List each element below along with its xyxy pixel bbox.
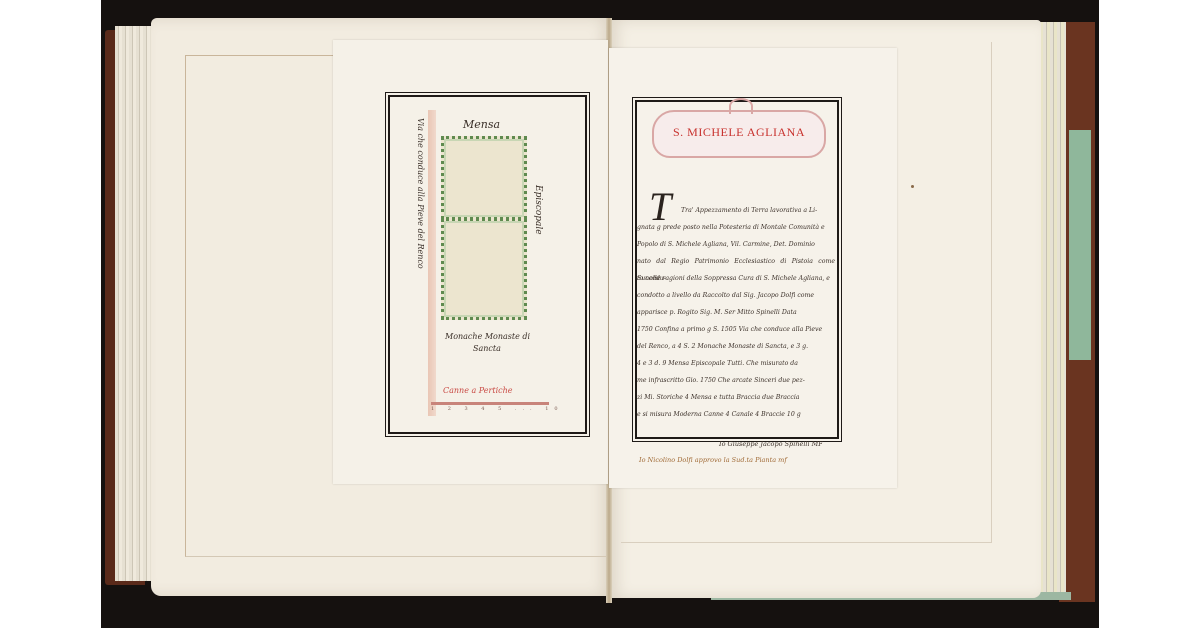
cartouche-ornament-icon xyxy=(729,98,753,114)
title-cartouche: S. MICHELE AGLIANA xyxy=(652,110,826,158)
cartouche-title: S. MICHELE AGLIANA xyxy=(654,125,824,140)
body-line-9: 4 e 3 d. 9 Mensa Episcopale Tutti. Che m… xyxy=(637,356,835,373)
body-line-2: Popolo di S. Michele Agliana, Vil. Carmi… xyxy=(637,237,835,254)
body-line-5: condotto a livello da Raccolto dal Sig. … xyxy=(637,288,835,305)
page-stack-left xyxy=(115,26,155,581)
signature-surveyor: Io Giuseppe Jacopo Spinelli MF xyxy=(719,440,823,448)
ink-spot xyxy=(911,185,914,188)
label-episcopale: Episcopale xyxy=(533,185,543,235)
body-line-0: Tra' Appezzamento di Terra lavorativa a … xyxy=(681,203,835,220)
scale-bar xyxy=(431,402,549,405)
label-road: Via che conduce alla Pieve del Renco xyxy=(416,118,425,269)
body-line-12: e si misura Moderna Canne 4 Canale 4 Bra… xyxy=(637,407,835,424)
signature-approver: Io Nicolino Dolfi approvo la Sud.ta Pian… xyxy=(639,456,787,464)
road-strip xyxy=(428,110,436,416)
body-line-10: me infrascritto Gio. 1750 Che arcate Sin… xyxy=(637,373,835,390)
body-line-4: to nelle ragioni della Soppressa Cura di… xyxy=(637,271,835,288)
cover-green-edge xyxy=(1069,130,1091,360)
body-line-8: del Renco, a 4 S. 2 Monache Monaste di S… xyxy=(637,339,835,356)
land-parcel-upper xyxy=(441,136,527,220)
body-line-6: apparisce p. Rogito Sig. M. Ser Mitto Sp… xyxy=(637,305,835,322)
scale-ticks: 1 2 3 4 5 ... 10 xyxy=(431,406,564,412)
label-monache-line2: Sancta xyxy=(473,344,501,353)
label-mensa: Mensa xyxy=(463,118,500,131)
label-monache-line1: Monache Monaste di xyxy=(445,332,530,341)
description-sheet: S. MICHELE AGLIANA T Tra' Appezzamento d… xyxy=(609,48,897,488)
land-parcel-lower xyxy=(441,218,527,320)
map-sheet: Mensa Via che conduce alla Pieve del Ren… xyxy=(333,40,608,484)
body-line-1: gnata g prede posto nella Potesteria di … xyxy=(637,220,835,237)
body-line-7: 1750 Confina a primo g S. 1505 Via che c… xyxy=(637,322,835,339)
book-photograph: 107. Mensa Via che conduce alla Pieve de… xyxy=(101,0,1099,628)
scale-label: Canne a Pertiche xyxy=(443,386,513,395)
body-line-11: zi Mi. Storiche 4 Mensa e tutta Braccia … xyxy=(637,390,835,407)
